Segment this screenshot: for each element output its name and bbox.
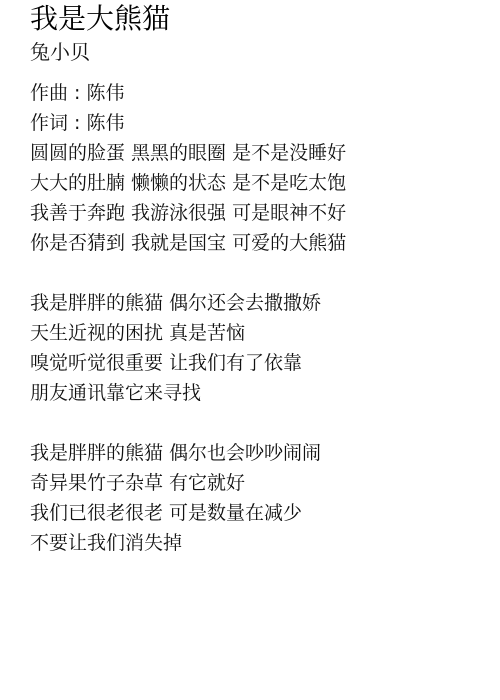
stanza-3: 我是胖胖的熊猫 偶尔也会吵吵闹闹 奇异果竹子杂草 有它就好 我们已很老很老 可是…: [30, 438, 500, 558]
lyric-line: 嗅觉听觉很重要 让我们有了依靠: [30, 348, 500, 378]
stanza-1: 圆圆的脸蛋 黑黑的眼圈 是不是没睡好 大大的肚腩 懒懒的状态 是不是吃太饱 我善…: [30, 138, 500, 258]
lyric-line: 我是胖胖的熊猫 偶尔也会吵吵闹闹: [30, 438, 500, 468]
stanza-spacer: [30, 258, 500, 288]
lyric-line: 不要让我们消失掉: [30, 528, 500, 558]
lyric-line: 圆圆的脸蛋 黑黑的眼圈 是不是没睡好: [30, 138, 500, 168]
credit-composer: 作曲 : 陈伟: [30, 78, 500, 108]
song-title: 我是大熊猫: [30, 0, 500, 38]
lyric-line: 奇异果竹子杂草 有它就好: [30, 468, 500, 498]
lyric-line: 我善于奔跑 我游泳很强 可是眼神不好: [30, 198, 500, 228]
lyric-line: 朋友通讯靠它来寻找: [30, 378, 500, 408]
stanza-2: 我是胖胖的熊猫 偶尔还会去撒撒娇 天生近视的困扰 真是苦恼 嗅觉听觉很重要 让我…: [30, 288, 500, 408]
stanza-spacer: [30, 408, 500, 438]
lyric-line: 天生近视的困扰 真是苦恼: [30, 318, 500, 348]
lyric-line: 大大的肚腩 懒懒的状态 是不是吃太饱: [30, 168, 500, 198]
lyric-line: 我是胖胖的熊猫 偶尔还会去撒撒娇: [30, 288, 500, 318]
lyrics-body: 作曲 : 陈伟 作词 : 陈伟 圆圆的脸蛋 黑黑的眼圈 是不是没睡好 大大的肚腩…: [30, 78, 500, 558]
lyric-line: 我们已很老很老 可是数量在减少: [30, 498, 500, 528]
lyric-line: 你是否猜到 我就是国宝 可爱的大熊猫: [30, 228, 500, 258]
lyrics-page: 我是大熊猫 兔小贝 作曲 : 陈伟 作词 : 陈伟 圆圆的脸蛋 黑黑的眼圈 是不…: [30, 0, 500, 558]
credit-lyricist: 作词 : 陈伟: [30, 108, 500, 138]
song-artist: 兔小贝: [30, 38, 500, 66]
